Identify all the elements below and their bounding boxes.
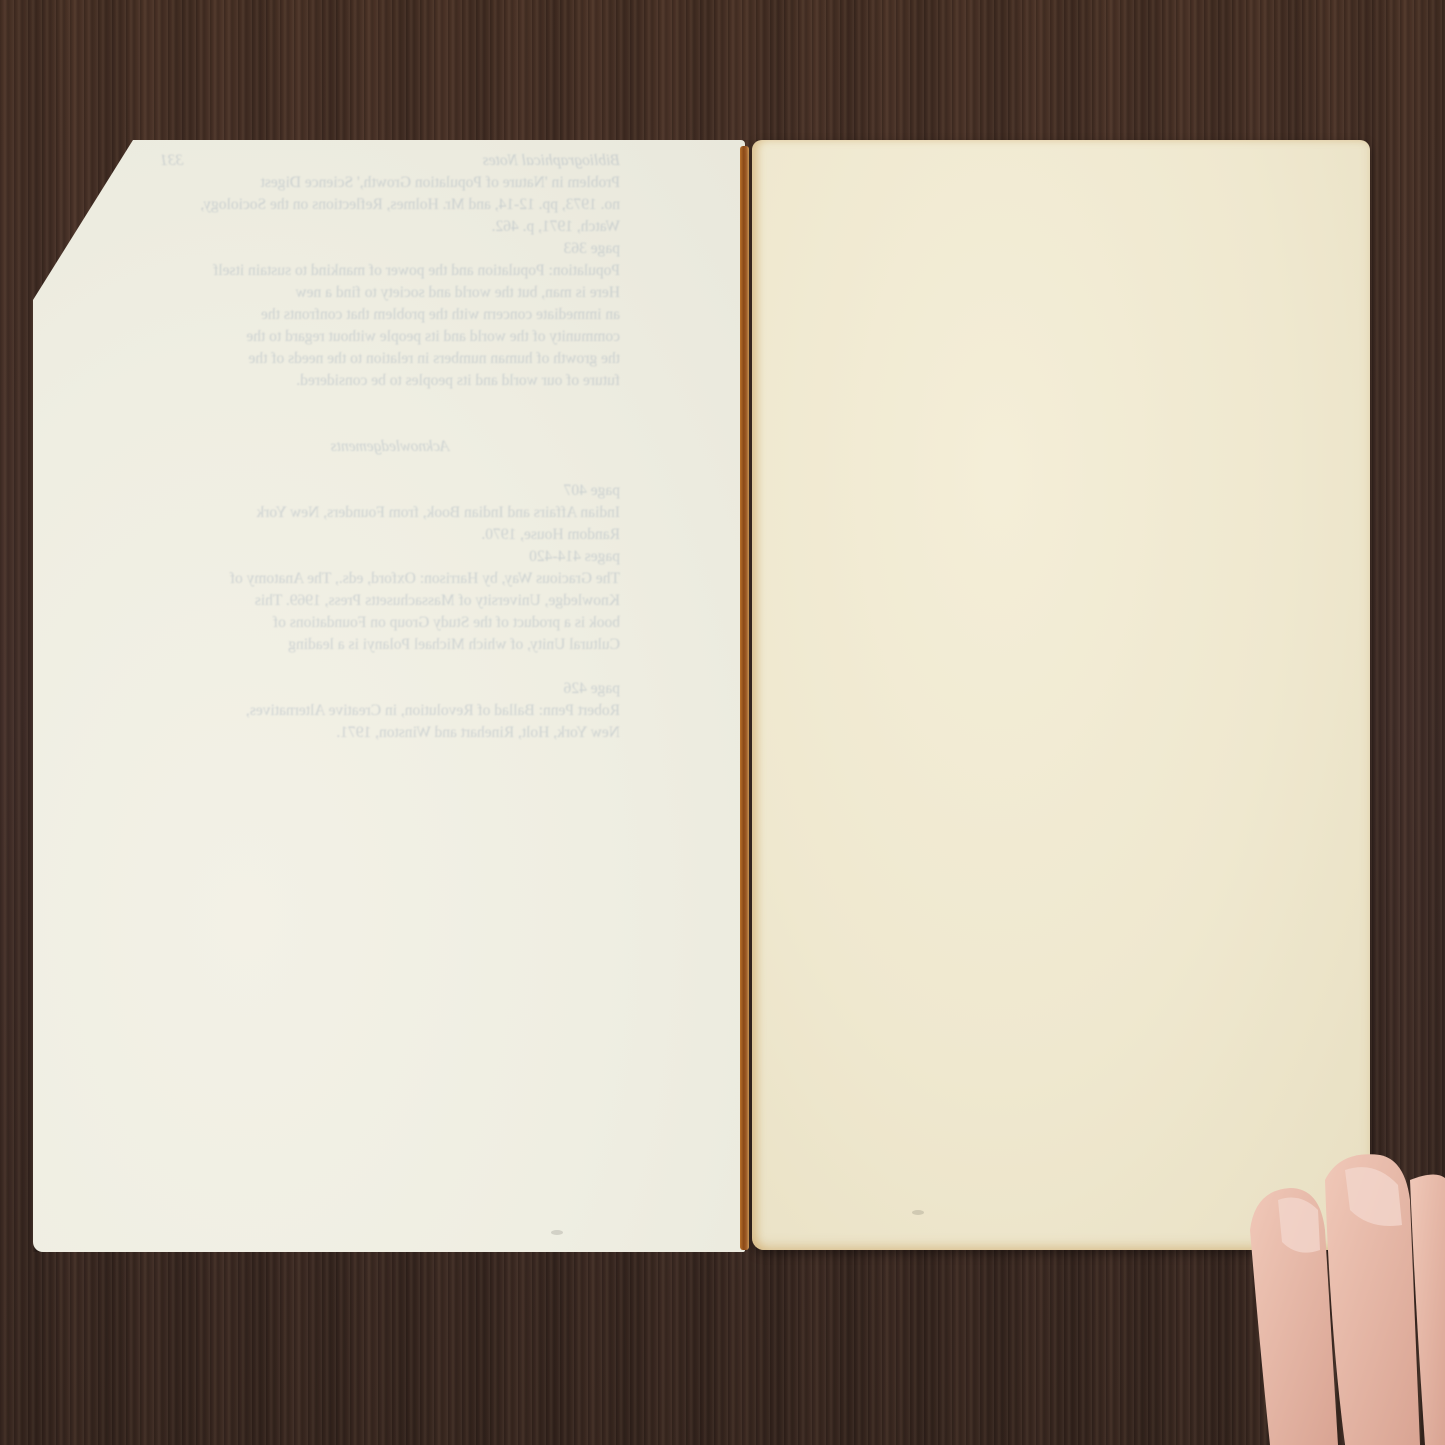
text-line: Watch, 1971, p. 462. [160, 216, 620, 238]
text-line: page 407 [160, 480, 620, 502]
blank-line [160, 392, 620, 414]
text-line: pages 414-420 [160, 546, 620, 568]
text-line: Random House, 1970. [160, 524, 620, 546]
text-line: Cultural Unity, of which Michael Polanyi… [160, 634, 620, 656]
text-line: New York, Holt, Rinehart and Winston, 19… [160, 722, 620, 744]
page-dent [912, 1210, 924, 1215]
text-line: community of the world and its people wi… [160, 326, 620, 348]
text-line: page 363 [160, 238, 620, 260]
text-line: Robert Penn: Ballad of Revolution, in Cr… [160, 700, 620, 722]
running-head: Bibliographical Notes 331 [160, 150, 620, 172]
text-line: The Gracious Way, by Harrison: Oxford, e… [160, 568, 620, 590]
text-line: future of our world and its peoples to b… [160, 370, 620, 392]
text-line: Population: Population and the power of … [160, 260, 620, 282]
fingers [1220, 1150, 1445, 1445]
page-number: 331 [160, 150, 183, 172]
text-line: no. 1973, pp. 12-14, and Mr. Holmes, Ref… [160, 194, 620, 216]
blank-line [160, 656, 620, 678]
show-through-text: Bibliographical Notes 331 Problem in 'Na… [160, 150, 620, 1110]
running-head-text: Bibliographical Notes [483, 150, 620, 172]
text-line: an immediate concern with the problem th… [160, 304, 620, 326]
blank-line [160, 414, 620, 436]
section-heading: Acknowledgements [160, 436, 620, 458]
text-line: the growth of human numbers in relation … [160, 348, 620, 370]
text-line: Knowledge, University of Massachusetts P… [160, 590, 620, 612]
blank-line [160, 458, 620, 480]
text-line: book is a product of the Study Group on … [160, 612, 620, 634]
photo-scene: Bibliographical Notes 331 Problem in 'Na… [0, 0, 1445, 1445]
text-line: page 426 [160, 678, 620, 700]
book-spine-edge [740, 146, 749, 1250]
text-line: Here is man, but the world and society t… [160, 282, 620, 304]
text-line: Problem in 'Nature of Population Growth,… [160, 172, 620, 194]
page-dent [551, 1230, 563, 1235]
right-page [752, 140, 1370, 1250]
text-line: Indian Affairs and Indian Book, from Fou… [160, 502, 620, 524]
